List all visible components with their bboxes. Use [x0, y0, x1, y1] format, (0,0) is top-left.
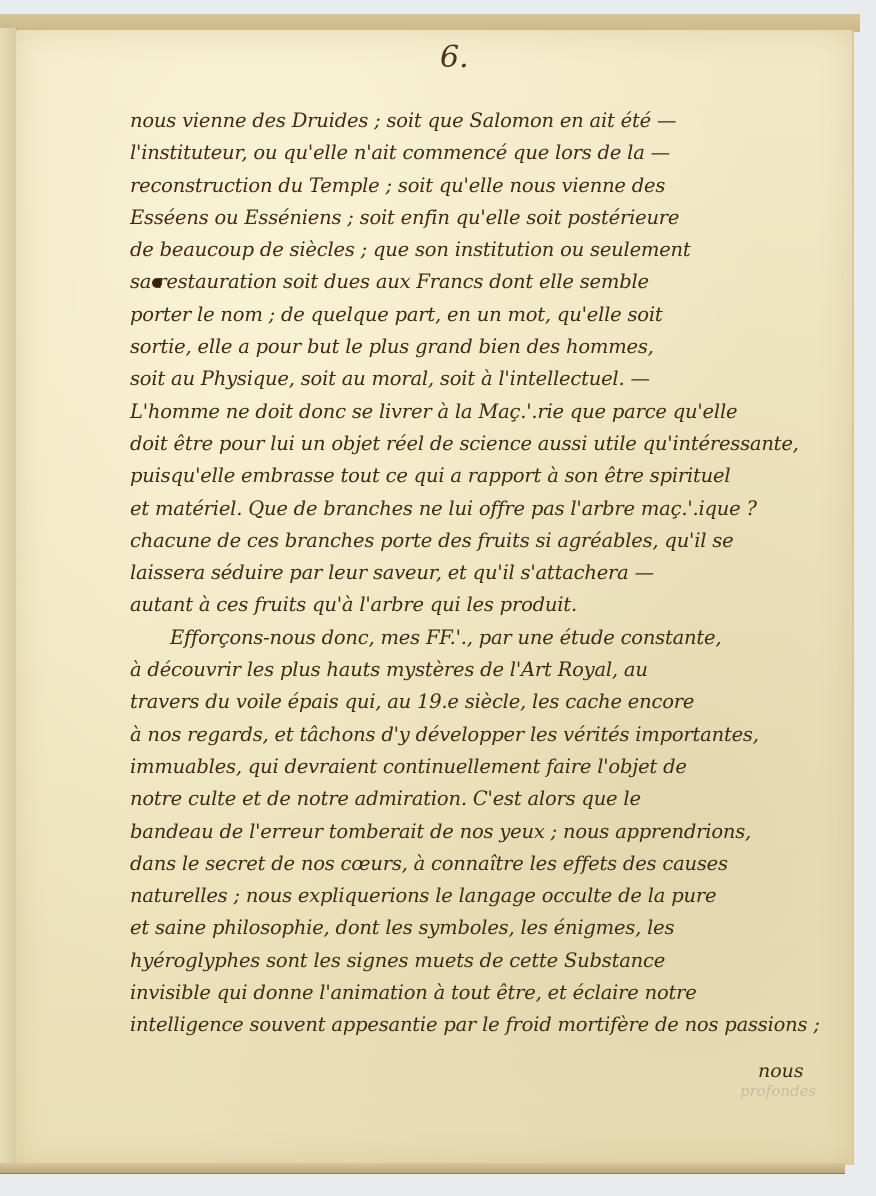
text-line: à découvrir les plus hauts mystères de l…	[130, 654, 860, 686]
text-line: invisible qui donne l'animation à tout ê…	[130, 977, 860, 1009]
text-line: porter le nom ; de quelque part, en un m…	[130, 299, 860, 331]
page-bottom-edge	[0, 1163, 845, 1174]
text-line: de beaucoup de siècles ; que son institu…	[130, 234, 860, 266]
text-line: soit au Physique, soit au moral, soit à …	[130, 363, 860, 395]
text-line: naturelles ; nous expliquerions le langa…	[130, 880, 860, 912]
text-line: intelligence souvent appesantie par le f…	[130, 1009, 860, 1041]
ink-blot	[152, 278, 162, 288]
text-line: immuables, qui devraient continuellement…	[130, 751, 860, 783]
text-line: et saine philosophie, dont les symboles,…	[130, 912, 860, 944]
text-line: Esséens ou Esséniens ; soit enfin qu'ell…	[130, 202, 860, 234]
text-line: l'instituteur, ou qu'elle n'ait commencé…	[130, 137, 860, 169]
text-line: dans le secret de nos cœurs, à connaître…	[130, 848, 860, 880]
text-line: et matériel. Que de branches ne lui offr…	[130, 493, 860, 525]
page-number: 6.	[440, 40, 469, 75]
text-line: doit être pour lui un objet réel de scie…	[130, 428, 860, 460]
text-line: sa restauration soit dues aux Francs don…	[130, 266, 860, 298]
manuscript-text: nous vienne des Druides ; soit que Salom…	[130, 105, 860, 1042]
bleed-through-text: profondes	[740, 1082, 816, 1100]
catchword: nous	[758, 1060, 804, 1082]
text-line: puisqu'elle embrasse tout ce qui a rappo…	[130, 460, 860, 492]
text-line: autant à ces fruits qu'à l'arbre qui les…	[130, 589, 860, 621]
text-line: reconstruction du Temple ; soit qu'elle …	[130, 170, 860, 202]
text-line: travers du voile épais qui, au 19.e sièc…	[130, 686, 860, 718]
paragraph-start-line: Efforçons-nous donc, mes FF.'., par une …	[130, 622, 860, 654]
text-line: notre culte et de notre admiration. C'es…	[130, 783, 860, 815]
text-line: nous vienne des Druides ; soit que Salom…	[130, 105, 860, 137]
text-line: hyéroglyphes sont les signes muets de ce…	[130, 945, 860, 977]
text-line: sortie, elle a pour but le plus grand bi…	[130, 331, 860, 363]
text-line: laissera séduire par leur saveur, et qu'…	[130, 557, 860, 589]
text-line: L'homme ne doit donc se livrer à la Maç.…	[130, 396, 860, 428]
text-line: à nos regards, et tâchons d'y développer…	[130, 719, 860, 751]
text-line: bandeau de l'erreur tomberait de nos yeu…	[130, 816, 860, 848]
text-line: chacune de ces branches porte des fruits…	[130, 525, 860, 557]
